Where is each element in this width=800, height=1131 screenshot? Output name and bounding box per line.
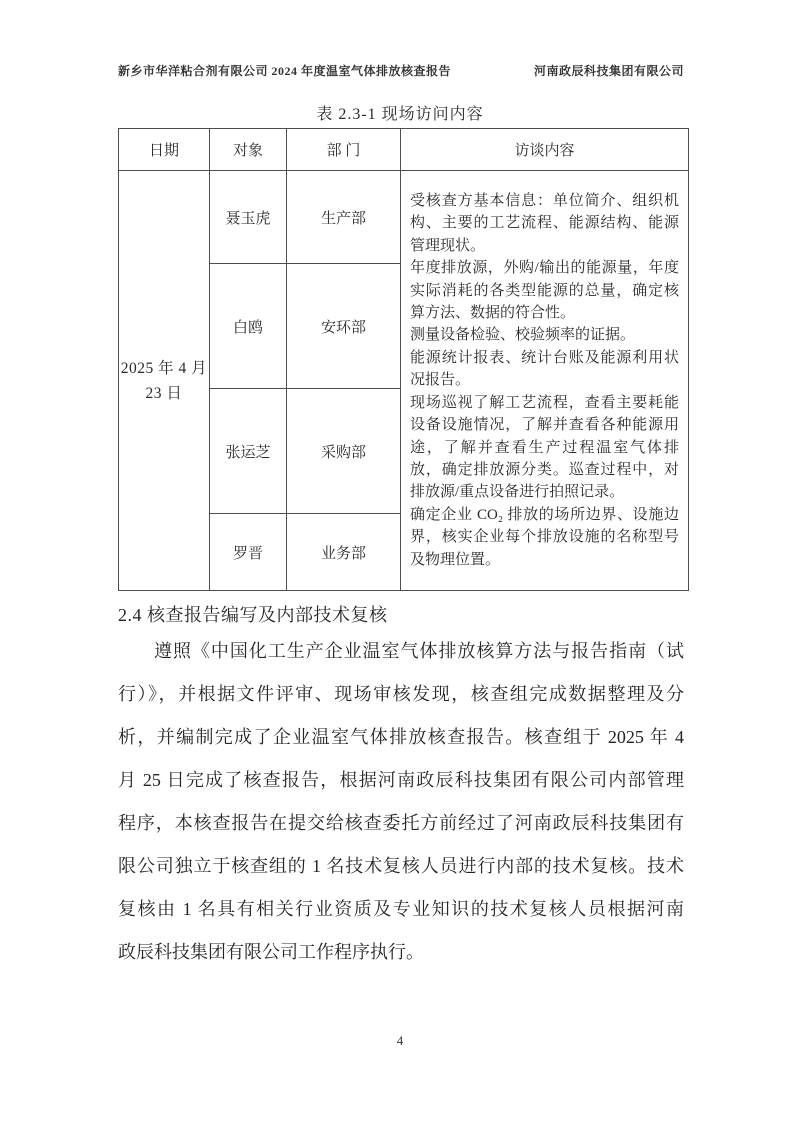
column-header-person: 对象 — [210, 129, 287, 171]
visit-date-line1: 2025 年 4 月 — [119, 356, 209, 381]
interview-paragraph: 受核查方基本信息：单位简介、组织机构、主要的工艺流程、能源结构、能源管理现状。 — [410, 190, 679, 257]
paragraph-line: 限公司独立于核查组的 1 名技术复核人员进行内部的技术复核。技术 — [118, 845, 684, 888]
paragraph-line: 复核由 1 名具有相关行业资质及专业知识的技术复核人员根据河南 — [118, 888, 684, 931]
visit-date-line2: 23 日 — [119, 381, 209, 406]
visit-date-cell: 2025 年 4 月 23 日 — [119, 171, 210, 591]
interview-content-cell: 受核查方基本信息：单位简介、组织机构、主要的工艺流程、能源结构、能源管理现状。 … — [401, 171, 689, 591]
interview-paragraph: 能源统计报表、统计台账及能源利用状况报告。 — [410, 347, 679, 392]
paragraph-line: 析，并编制完成了企业温室气体排放核查报告。核查组于 2025 年 4 — [118, 716, 684, 759]
interviewee-name: 张运芝 — [210, 389, 287, 514]
paragraph-line: 行）》，并根据文件评审、现场审核发现，核查组完成数据整理及分 — [118, 673, 684, 716]
section-2-4-paragraph: 遵照《中国化工生产企业温室气体排放核算方法与报告指南（试 行）》，并根据文件评审… — [118, 630, 684, 974]
interview-paragraph: 确定企业 CO₂ 排放的场所边界、设施边界，核实企业每个排放设施的名称型号及物理… — [410, 504, 679, 571]
paragraph-line: 月 25 日完成了核查报告，根据河南政辰科技集团有限公司内部管理 — [118, 759, 684, 802]
paragraph-line: 遵照《中国化工生产企业温室气体排放核算方法与报告指南（试 — [118, 630, 684, 673]
interviewee-department: 生产部 — [287, 171, 401, 264]
table-header-row: 日期 对象 部 门 访谈内容 — [119, 129, 689, 171]
site-visit-table: 日期 对象 部 门 访谈内容 2025 年 4 月 23 日 聂玉虎 生产部 受… — [118, 128, 689, 591]
table-row: 2025 年 4 月 23 日 聂玉虎 生产部 受核查方基本信息：单位简介、组织… — [119, 171, 689, 264]
interview-paragraph: 测量设备检验、校验频率的证据。 — [410, 324, 679, 346]
interviewee-name: 聂玉虎 — [210, 171, 287, 264]
interviewee-department: 安环部 — [287, 264, 401, 389]
paragraph-line: 政辰科技集团有限公司工作程序执行。 — [118, 931, 684, 974]
column-header-content: 访谈内容 — [401, 129, 689, 171]
column-header-department: 部 门 — [287, 129, 401, 171]
paragraph-line: 程序，本核查报告在提交给核查委托方前经过了河南政辰科技集团有 — [118, 802, 684, 845]
table-caption: 表 2.3-1 现场访问内容 — [0, 101, 800, 124]
header-company-name: 河南政辰科技集团有限公司 — [534, 62, 684, 79]
running-header: 新乡市华洋粘合剂有限公司 2024 年度温室气体排放核查报告 河南政辰科技集团有… — [118, 62, 684, 79]
interview-paragraph: 现场巡视了解工艺流程，查看主要耗能设备设施情况，了解并查看各种能源用途，了解并查… — [410, 392, 679, 504]
section-heading-2-4: 2.4 核查报告编写及内部技术复核 — [118, 601, 684, 627]
page-number: 4 — [0, 1033, 800, 1049]
interviewee-name: 罗晋 — [210, 514, 287, 591]
column-header-date: 日期 — [119, 129, 210, 171]
interview-paragraph: 年度排放源，外购/输出的能源量，年度实际消耗的各类型能源的总量，确定核算方法、数… — [410, 257, 679, 324]
header-report-title: 新乡市华洋粘合剂有限公司 2024 年度温室气体排放核查报告 — [118, 62, 451, 79]
interviewee-name: 白鸥 — [210, 264, 287, 389]
document-page: 新乡市华洋粘合剂有限公司 2024 年度温室气体排放核查报告 河南政辰科技集团有… — [0, 0, 800, 1131]
interviewee-department: 采购部 — [287, 389, 401, 514]
interviewee-department: 业务部 — [287, 514, 401, 591]
